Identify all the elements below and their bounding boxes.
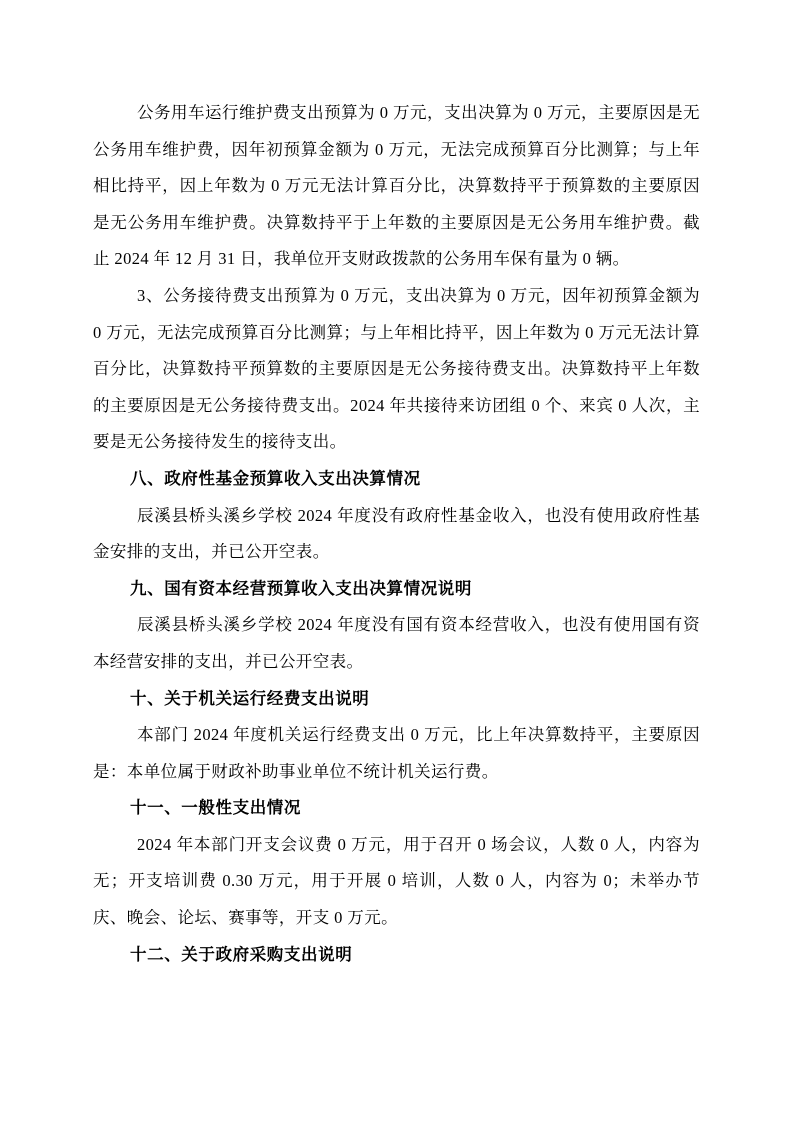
paragraph: 辰溪县桥头溪乡学校 2024 年度没有国有资本经营收入，也没有使用国有资本经营安… <box>93 607 700 680</box>
paragraph: 辰溪县桥头溪乡学校 2024 年度没有政府性基金收入，也没有使用政府性基金安排的… <box>93 498 700 571</box>
paragraph: 本部门 2024 年度机关运行经费支出 0 万元，比上年决算数持平，主要原因是：… <box>93 717 700 790</box>
section-heading: 十、关于机关运行经费支出说明 <box>93 681 700 718</box>
section-heading: 十二、关于政府采购支出说明 <box>93 937 700 974</box>
section-heading: 九、国有资本经营预算收入支出决算情况说明 <box>93 571 700 608</box>
section-heading: 八、政府性基金预算收入支出决算情况 <box>93 461 700 498</box>
section-heading: 十一、一般性支出情况 <box>93 790 700 827</box>
document-page: 公务用车运行维护费支出预算为 0 万元，支出决算为 0 万元，主要原因是无公务用… <box>0 0 793 1122</box>
document-body: 公务用车运行维护费支出预算为 0 万元，支出决算为 0 万元，主要原因是无公务用… <box>93 95 700 973</box>
paragraph: 2024 年本部门开支会议费 0 万元，用于召开 0 场会议，人数 0 人，内容… <box>93 827 700 937</box>
paragraph: 公务用车运行维护费支出预算为 0 万元，支出决算为 0 万元，主要原因是无公务用… <box>93 95 700 278</box>
paragraph: 3、公务接待费支出预算为 0 万元，支出决算为 0 万元，因年初预算金额为 0 … <box>93 278 700 461</box>
